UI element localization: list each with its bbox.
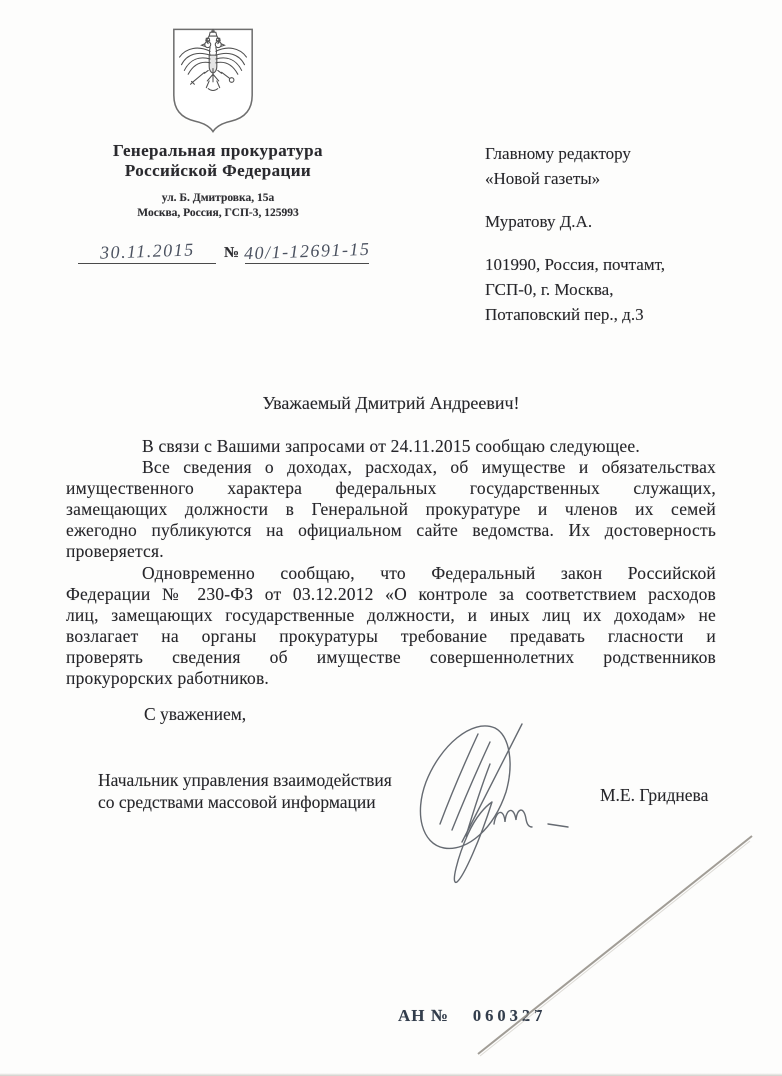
body-line: возлагает на органы прокуратуры требован… bbox=[66, 626, 716, 647]
recipient-address-line: 101990, Россия, почтамт, bbox=[485, 252, 665, 277]
org-name-line1: Генеральная прокуратура bbox=[70, 141, 366, 161]
body-line: Одновременно сообщаю, что Федеральный за… bbox=[66, 563, 716, 584]
body-line: имущественного характера федеральных гос… bbox=[66, 478, 716, 499]
footer-number: 060327 bbox=[473, 1006, 547, 1026]
recipient-block: Главному редактору «Новой газеты» Мурато… bbox=[485, 141, 665, 327]
body-line: Все сведения о доходах, расходах, об иму… bbox=[66, 457, 716, 478]
org-name-line2: Российской Федерации bbox=[70, 161, 366, 181]
number-underline: 40/1-12691-15 bbox=[245, 235, 369, 264]
body-line: проверяется. bbox=[66, 541, 716, 562]
body-line: В связи с Вашими запросами от 24.11.2015… bbox=[66, 436, 716, 457]
body-line: ежегодно публикуются на официальном сайт… bbox=[66, 520, 716, 541]
body-line: прокурорских работников. bbox=[66, 668, 716, 689]
salutation: Уважаемый Дмитрий Андреевич! bbox=[66, 393, 716, 414]
org-address-line2: Москва, Россия, ГСП-3, 125993 bbox=[70, 206, 366, 221]
scanned-letter: Генеральная прокуратура Российской Федер… bbox=[0, 0, 782, 1076]
signer-title: Начальник управления взаимодействия со с… bbox=[98, 769, 392, 813]
footer-series: АН № bbox=[398, 1006, 449, 1026]
closing: С уважением, bbox=[144, 704, 246, 725]
org-address-line1: ул. Б. Дмитровка, 15а bbox=[70, 191, 366, 206]
letter-body: В связи с Вашими запросами от 24.11.2015… bbox=[66, 436, 716, 689]
reference-line: 30.11.2015 № 40/1-12691-15 bbox=[78, 236, 369, 264]
recipient-address-line: ГСП-0, г. Москва, bbox=[485, 277, 665, 302]
recipient-line: «Новой газеты» bbox=[485, 166, 665, 191]
body-line: лиц, замещающих государственные должност… bbox=[66, 605, 716, 626]
signer-title-line1: Начальник управления взаимодействия bbox=[98, 769, 392, 791]
body-line: проверять сведения об имуществе совершен… bbox=[66, 647, 716, 668]
body-line: замещающих должности в Генеральной проку… bbox=[66, 499, 716, 520]
signer-name: М.Е. Гриднева bbox=[600, 785, 708, 806]
recipient-line: Главному редактору bbox=[485, 141, 665, 166]
signature-icon bbox=[402, 712, 577, 897]
body-line: Федерации № 230-ФЗ от 03.12.2012 «О конт… bbox=[66, 584, 716, 605]
coat-of-arms-icon bbox=[170, 25, 256, 135]
recipient-name: Муратову Д.А. bbox=[485, 209, 665, 234]
letterhead: Генеральная прокуратура Российской Федер… bbox=[70, 141, 366, 220]
form-number-block: АН № 060327 bbox=[398, 1006, 546, 1026]
number-handwritten: 40/1-12691-15 bbox=[243, 239, 370, 265]
date-underline: 30.11.2015 bbox=[78, 235, 216, 264]
recipient-address-line: Потаповский пер., д.3 bbox=[485, 302, 665, 327]
signer-title-line2: со средствами массовой информации bbox=[98, 791, 392, 813]
date-handwritten: 30.11.2015 bbox=[99, 239, 194, 264]
number-sign: № bbox=[224, 245, 239, 262]
